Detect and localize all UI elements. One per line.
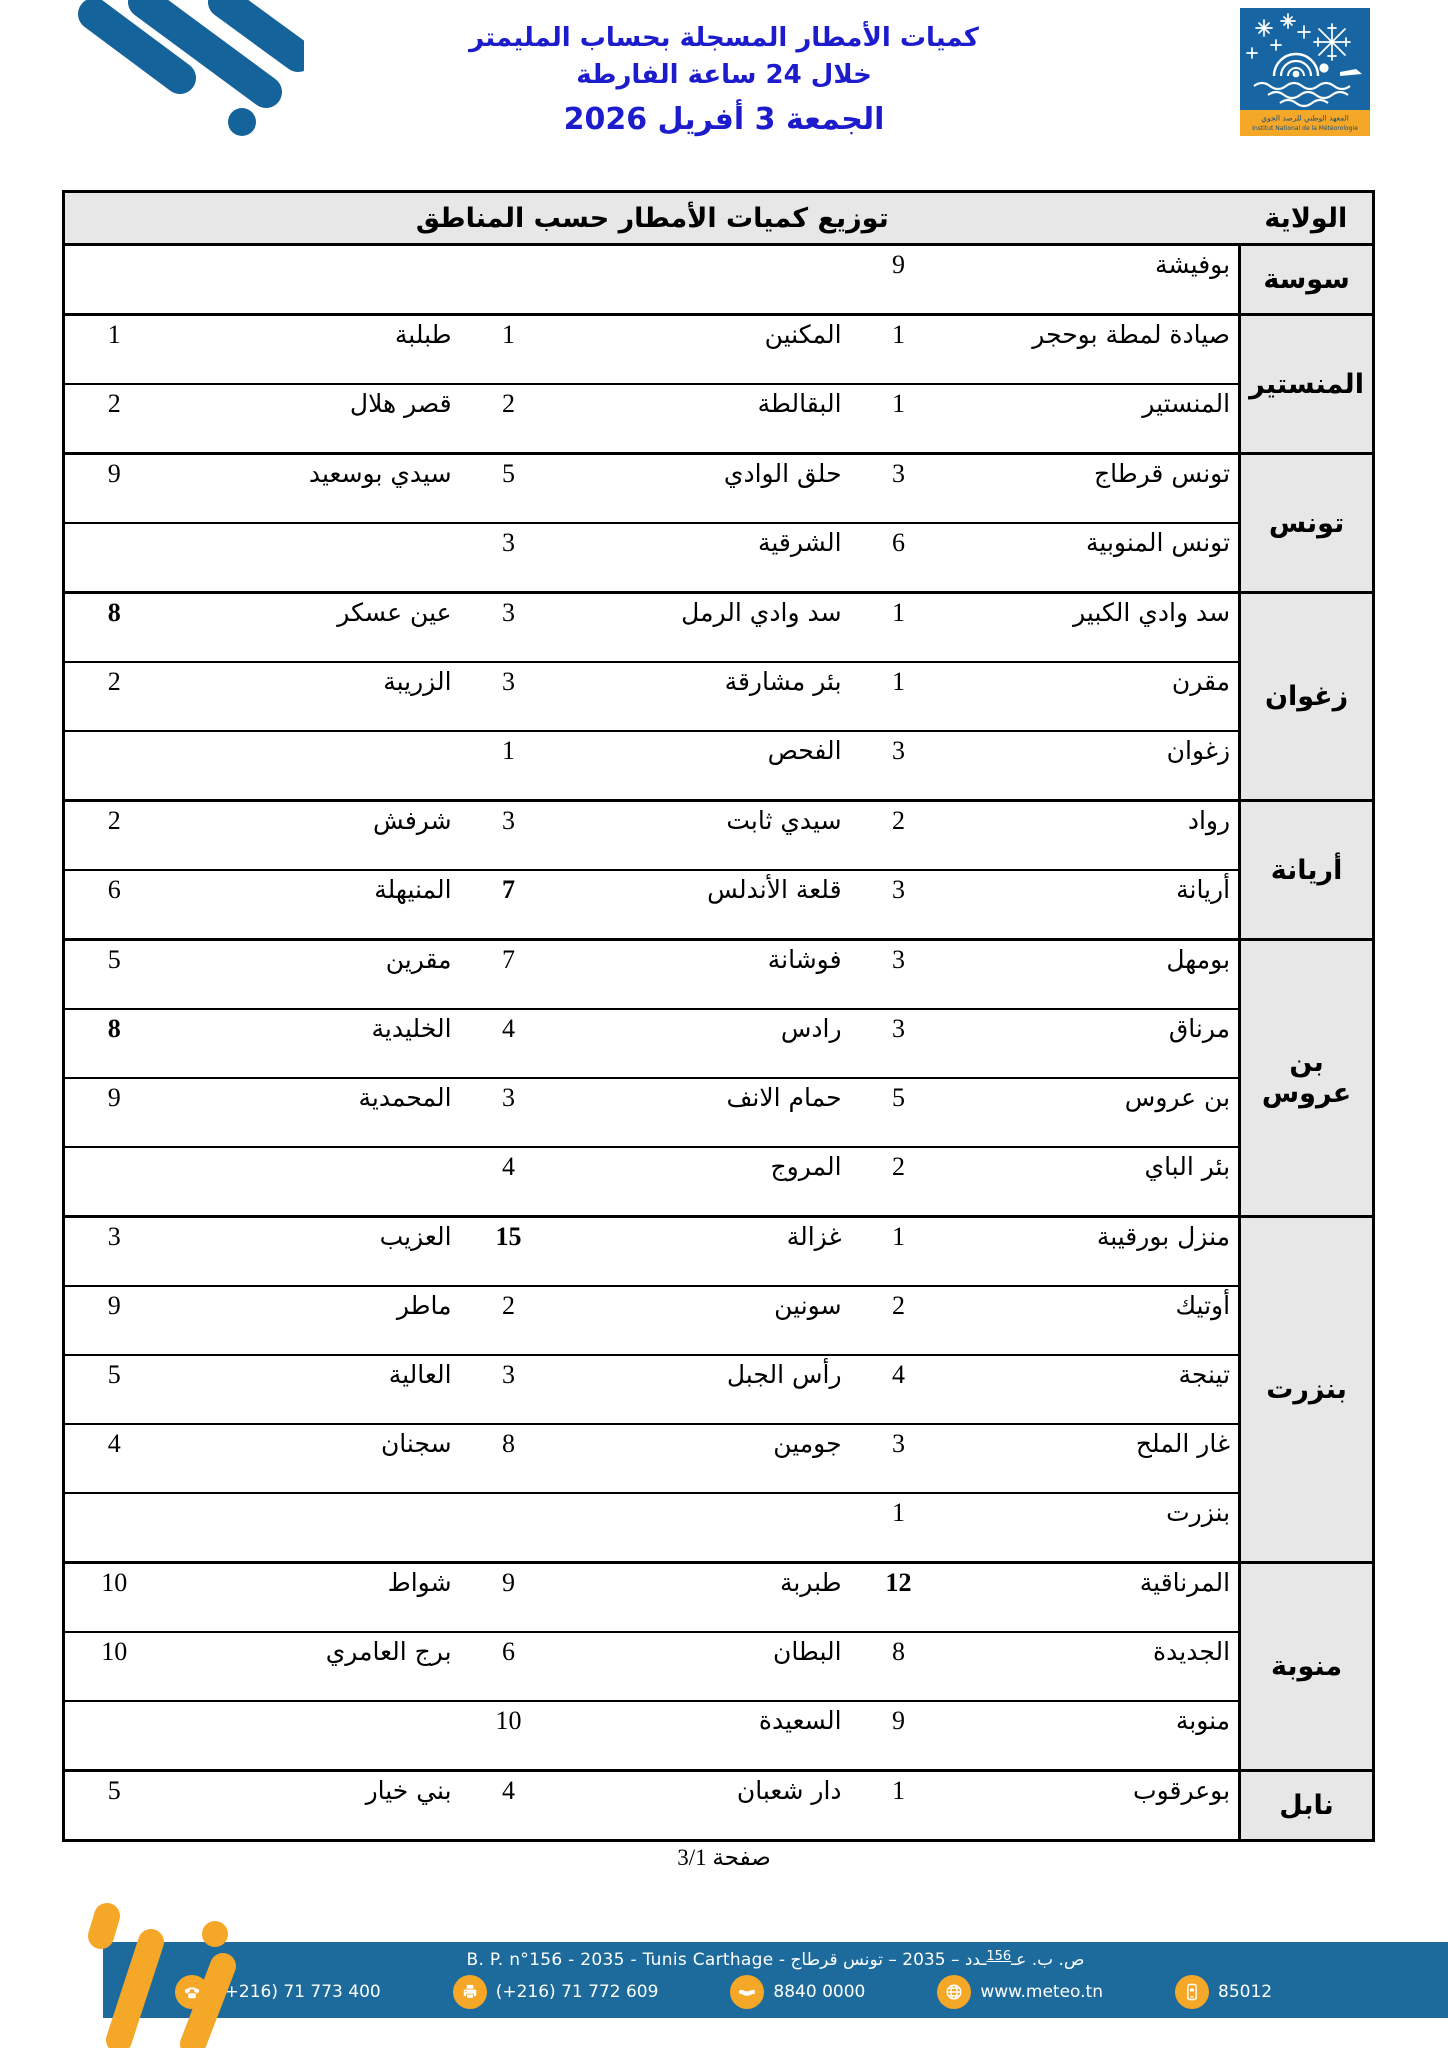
table-row: بنزرت1 xyxy=(64,1493,1374,1563)
deco-dot xyxy=(202,1921,228,1947)
rain-value-cell: 3 xyxy=(850,1424,948,1493)
rain-value-cell: 4 xyxy=(460,1771,558,1841)
station-name-cell: البقالطة xyxy=(558,384,850,454)
station-name-cell: شواط xyxy=(164,1563,460,1633)
station-name-cell: غزالة xyxy=(558,1217,850,1287)
station-name-cell: فوشانة xyxy=(558,940,850,1010)
rain-value-cell: 6 xyxy=(64,870,164,940)
rain-value-cell: 10 xyxy=(64,1632,164,1701)
station-name-cell xyxy=(164,523,460,593)
rain-value-cell: 5 xyxy=(64,1771,164,1841)
inm-logo: المعهد الوطني للرصد الجوي Institut Natio… xyxy=(1240,8,1370,136)
station-name-cell xyxy=(164,245,460,315)
station-name-cell: منزل بورقيبة xyxy=(948,1217,1240,1287)
station-name-cell: المنيهلة xyxy=(164,870,460,940)
rain-value-cell: 3 xyxy=(460,593,558,663)
table-row: مرناق3رادس4الخليدية8 xyxy=(64,1009,1374,1078)
station-name-cell: الشرقية xyxy=(558,523,850,593)
station-name-cell xyxy=(164,1701,460,1771)
rain-value-cell: 1 xyxy=(850,1771,948,1841)
handset-icon xyxy=(730,1975,764,2009)
footer-stripes-decoration xyxy=(55,1902,265,2048)
rain-value-cell: 3 xyxy=(850,731,948,801)
rain-value-cell xyxy=(64,1701,164,1771)
rain-value-cell: 6 xyxy=(850,523,948,593)
station-name-cell: المروج xyxy=(558,1147,850,1217)
table-row: مقرن1بئر مشارقة3الزريبة2 xyxy=(64,662,1374,731)
station-name-cell: حلق الوادي xyxy=(558,454,850,524)
station-name-cell: بومهل xyxy=(948,940,1240,1010)
station-name-cell: سجنان xyxy=(164,1424,460,1493)
rain-value-cell: 5 xyxy=(64,940,164,1010)
station-name-cell: سد وادي الكبير xyxy=(948,593,1240,663)
rain-value-cell: 3 xyxy=(64,1217,164,1287)
station-name-cell: بنزرت xyxy=(948,1493,1240,1563)
station-name-cell: مقرين xyxy=(164,940,460,1010)
station-name-cell xyxy=(164,1493,460,1563)
rain-value-cell: 1 xyxy=(850,1493,948,1563)
station-name-cell: مرناق xyxy=(948,1009,1240,1078)
station-name-cell: سيدي ثابت xyxy=(558,801,850,871)
rain-value-cell xyxy=(64,731,164,801)
rain-value-cell xyxy=(64,245,164,315)
station-name-cell: رادس xyxy=(558,1009,850,1078)
rain-value-cell: 9 xyxy=(64,1078,164,1147)
table-row: المنستيرصيادة لمطة بوحجر1المكنين1طبلبة1 xyxy=(64,315,1374,385)
table-row: بن عروس5حمام الانف3المحمدية9 xyxy=(64,1078,1374,1147)
rain-value-cell: 9 xyxy=(460,1563,558,1633)
contact-item: 8840 0000 xyxy=(730,1975,865,2009)
table-row: زغوان3الفحص1 xyxy=(64,731,1374,801)
station-name-cell: بن عروس xyxy=(948,1078,1240,1147)
governorate-cell: بنزرت xyxy=(1240,1217,1374,1563)
rain-value-cell: 3 xyxy=(850,454,948,524)
rain-value-cell: 1 xyxy=(850,1217,948,1287)
rain-value-cell: 9 xyxy=(850,1701,948,1771)
footer-bar: ص. ب. عـ156ـدد – 2035 – تونس قرطاج - B. … xyxy=(103,1942,1448,2018)
station-name-cell: عين عسكر xyxy=(164,593,460,663)
table-row: بئر الباي2المروج4 xyxy=(64,1147,1374,1217)
station-name-cell: العزيب xyxy=(164,1217,460,1287)
station-name-cell: بني خيار xyxy=(164,1771,460,1841)
table-row: بن عروسبومهل3فوشانة7مقرين5 xyxy=(64,940,1374,1010)
station-name-cell: صيادة لمطة بوحجر xyxy=(948,315,1240,385)
rain-value-cell: 2 xyxy=(850,801,948,871)
station-name-cell xyxy=(164,731,460,801)
table-row: أريانةرواد2سيدي ثابت3شرفش2 xyxy=(64,801,1374,871)
governorate-cell: أريانة xyxy=(1240,801,1374,940)
rain-value-cell: 3 xyxy=(460,523,558,593)
distribution-header-cell: توزيع كميات الأمطار حسب المناطق xyxy=(64,192,1240,245)
inm-caption-ar: المعهد الوطني للرصد الجوي xyxy=(1261,114,1349,123)
station-name-cell: بئر مشارقة xyxy=(558,662,850,731)
contact-text: (+216) 71 772 609 xyxy=(496,1982,659,2002)
station-name-cell: أريانة xyxy=(948,870,1240,940)
governorate-cell: زغوان xyxy=(1240,593,1374,801)
rain-table-body: الولاية توزيع كميات الأمطار حسب المناطق … xyxy=(64,192,1374,1841)
rain-value-cell: 10 xyxy=(460,1701,558,1771)
table-row: منوبةالمرناقية12طبربة9شواط10 xyxy=(64,1563,1374,1633)
rain-value-cell: 6 xyxy=(460,1632,558,1701)
rain-value-cell: 8 xyxy=(64,1009,164,1078)
station-name-cell: رأس الجبل xyxy=(558,1355,850,1424)
rain-value-cell: 2 xyxy=(64,801,164,871)
rain-value-cell: 9 xyxy=(64,1286,164,1355)
station-name-cell: السعيدة xyxy=(558,1701,850,1771)
station-name-cell: سيدي بوسعيد xyxy=(164,454,460,524)
rain-value-cell xyxy=(460,245,558,315)
rain-value-cell: 1 xyxy=(850,593,948,663)
rain-value-cell: 8 xyxy=(64,593,164,663)
governorate-cell: المنستير xyxy=(1240,315,1374,454)
rain-value-cell xyxy=(64,1493,164,1563)
rain-value-cell: 15 xyxy=(460,1217,558,1287)
governorate-cell: منوبة xyxy=(1240,1563,1374,1771)
table-row: أريانة3قلعة الأندلس7المنيهلة6 xyxy=(64,870,1374,940)
address-ar-prefix: ص. ب. عـ xyxy=(1011,1950,1084,1970)
station-name-cell: المرناقية xyxy=(948,1563,1240,1633)
table-row: سوسةبوفيشة9 xyxy=(64,245,1374,315)
station-name-cell: مقرن xyxy=(948,662,1240,731)
rain-value-cell: 8 xyxy=(850,1632,948,1701)
station-name-cell: زغوان xyxy=(948,731,1240,801)
station-name-cell: تونس المنوبية xyxy=(948,523,1240,593)
station-name-cell: بوفيشة xyxy=(948,245,1240,315)
rain-value-cell: 1 xyxy=(64,315,164,385)
rain-value-cell: 1 xyxy=(460,731,558,801)
station-name-cell xyxy=(558,1493,850,1563)
station-name-cell: سونين xyxy=(558,1286,850,1355)
inm-caption-fr: Institut National de la Météorologie xyxy=(1252,125,1358,132)
station-name-cell: حمام الانف xyxy=(558,1078,850,1147)
table-row: بنزرتمنزل بورقيبة1غزالة15العزيب3 xyxy=(64,1217,1374,1287)
rain-value-cell: 4 xyxy=(850,1355,948,1424)
station-name-cell: شرفش xyxy=(164,801,460,871)
footer-address: ص. ب. عـ156ـدد – 2035 – تونس قرطاج - B. … xyxy=(103,1949,1448,1970)
station-name-cell: برج العامري xyxy=(164,1632,460,1701)
report-title: كميات الأمطار المسجلة بحساب المليمتر خلا… xyxy=(0,20,1448,94)
rain-value-cell: 3 xyxy=(850,870,948,940)
rain-value-cell: 2 xyxy=(850,1147,948,1217)
rain-value-cell xyxy=(460,1493,558,1563)
mobile-icon xyxy=(1175,1975,1209,2009)
rain-value-cell: 3 xyxy=(460,662,558,731)
rain-table: الولاية توزيع كميات الأمطار حسب المناطق … xyxy=(62,190,1375,1842)
station-name-cell: تونس قرطاج xyxy=(948,454,1240,524)
rain-value-cell: 2 xyxy=(460,1286,558,1355)
rain-value-cell: 4 xyxy=(64,1424,164,1493)
table-row: الجديدة8البطان6برج العامري10 xyxy=(64,1632,1374,1701)
rain-value-cell: 5 xyxy=(850,1078,948,1147)
station-name-cell: جومين xyxy=(558,1424,850,1493)
rain-value-cell: 3 xyxy=(850,1009,948,1078)
station-name-cell: العالية xyxy=(164,1355,460,1424)
station-name-cell: بوعرقوب xyxy=(948,1771,1240,1841)
station-name-cell: قلعة الأندلس xyxy=(558,870,850,940)
rain-value-cell: 5 xyxy=(460,454,558,524)
table-row: أوتيك2سونين2ماطر9 xyxy=(64,1286,1374,1355)
station-name-cell: المنستير xyxy=(948,384,1240,454)
rain-value-cell: 4 xyxy=(460,1009,558,1078)
rain-value-cell: 7 xyxy=(460,870,558,940)
station-name-cell: تينجة xyxy=(948,1355,1240,1424)
address-ar-suffix: ـدد – 2035 – تونس قرطاج - xyxy=(774,1950,987,1970)
station-name-cell: الخليدية xyxy=(164,1009,460,1078)
rain-value-cell: 2 xyxy=(64,384,164,454)
station-name-cell: الزريبة xyxy=(164,662,460,731)
rain-value-cell xyxy=(64,1147,164,1217)
rain-value-cell: 3 xyxy=(850,940,948,1010)
table-row: نابلبوعرقوب1دار شعبان4بني خيار5 xyxy=(64,1771,1374,1841)
table-row: المنستير1البقالطة2قصر هلال2 xyxy=(64,384,1374,454)
station-name-cell: الجديدة xyxy=(948,1632,1240,1701)
rain-value-cell: 2 xyxy=(850,1286,948,1355)
rain-value-cell: 5 xyxy=(64,1355,164,1424)
table-header-row: الولاية توزيع كميات الأمطار حسب المناطق xyxy=(64,192,1374,245)
station-name-cell: منوبة xyxy=(948,1701,1240,1771)
contact-item: (+216) 71 772 609 xyxy=(453,1975,659,2009)
governorate-cell: بن عروس xyxy=(1240,940,1374,1217)
station-name-cell: المحمدية xyxy=(164,1078,460,1147)
table-row: تونس المنوبية6الشرقية3 xyxy=(64,523,1374,593)
governorate-cell: تونس xyxy=(1240,454,1374,593)
contact-text: 8840 0000 xyxy=(773,1982,865,2002)
governorate-cell: نابل xyxy=(1240,1771,1374,1841)
rain-value-cell: 10 xyxy=(64,1563,164,1633)
rain-value-cell: 1 xyxy=(850,384,948,454)
report-date: الجمعة 3 أفريل 2026 xyxy=(0,102,1448,137)
rain-value-cell: 4 xyxy=(460,1147,558,1217)
governorate-header-cell: الولاية xyxy=(1240,192,1374,245)
rain-value-cell: 3 xyxy=(460,1355,558,1424)
station-name-cell: طبربة xyxy=(558,1563,850,1633)
title-line-1: كميات الأمطار المسجلة بحساب المليمتر xyxy=(0,20,1448,57)
rain-value-cell: 9 xyxy=(850,245,948,315)
rain-value-cell: 2 xyxy=(64,662,164,731)
station-name-cell: قصر هلال xyxy=(164,384,460,454)
footer-contacts: (+216) 71 773 400(+216) 71 772 6098840 0… xyxy=(103,1975,1448,2009)
station-name-cell: رواد xyxy=(948,801,1240,871)
station-name-cell: البطان xyxy=(558,1632,850,1701)
title-line-2: خلال 24 ساعة الفارطة xyxy=(0,57,1448,94)
station-name-cell: سد وادي الرمل xyxy=(558,593,850,663)
rain-value-cell: 12 xyxy=(850,1563,948,1633)
rain-value-cell: 1 xyxy=(850,315,948,385)
globe-icon xyxy=(937,1975,971,2009)
table-row: تينجة4رأس الجبل3العالية5 xyxy=(64,1355,1374,1424)
fax-icon xyxy=(453,1975,487,2009)
station-name-cell: طبلبة xyxy=(164,315,460,385)
station-name-cell: المكنين xyxy=(558,315,850,385)
contact-item: 85012 xyxy=(1175,1975,1272,2009)
rain-value-cell xyxy=(64,523,164,593)
station-name-cell: الفحص xyxy=(558,731,850,801)
table-row: غار الملح3جومين8سجنان4 xyxy=(64,1424,1374,1493)
governorate-cell: سوسة xyxy=(1240,245,1374,315)
rain-value-cell: 1 xyxy=(460,315,558,385)
contact-text: www.meteo.tn xyxy=(980,1982,1103,2002)
station-name-cell: غار الملح xyxy=(948,1424,1240,1493)
table-row: تونستونس قرطاج3حلق الوادي5سيدي بوسعيد9 xyxy=(64,454,1374,524)
document-page: كميات الأمطار المسجلة بحساب المليمتر خلا… xyxy=(0,0,1448,2048)
rain-value-cell: 2 xyxy=(460,384,558,454)
rain-value-cell: 1 xyxy=(850,662,948,731)
station-name-cell: دار شعبان xyxy=(558,1771,850,1841)
rain-value-cell: 3 xyxy=(460,801,558,871)
station-name-cell xyxy=(558,245,850,315)
rain-value-cell: 7 xyxy=(460,940,558,1010)
rain-value-cell: 8 xyxy=(460,1424,558,1493)
station-name-cell: أوتيك xyxy=(948,1286,1240,1355)
station-name-cell: بئر الباي xyxy=(948,1147,1240,1217)
page-number: صفحة 3/1 xyxy=(0,1845,1448,1871)
address-po-number: 156 xyxy=(986,1949,1011,1964)
station-name-cell: ماطر xyxy=(164,1286,460,1355)
rain-value-cell: 9 xyxy=(64,454,164,524)
table-row: زغوانسد وادي الكبير1سد وادي الرمل3عين عس… xyxy=(64,593,1374,663)
address-fr: B. P. n°156 - 2035 - Tunis Carthage xyxy=(467,1950,774,1970)
contact-text: 85012 xyxy=(1218,1982,1272,2002)
station-name-cell xyxy=(164,1147,460,1217)
table-row: منوبة9السعيدة10 xyxy=(64,1701,1374,1771)
contact-item: www.meteo.tn xyxy=(937,1975,1103,2009)
rain-value-cell: 3 xyxy=(460,1078,558,1147)
